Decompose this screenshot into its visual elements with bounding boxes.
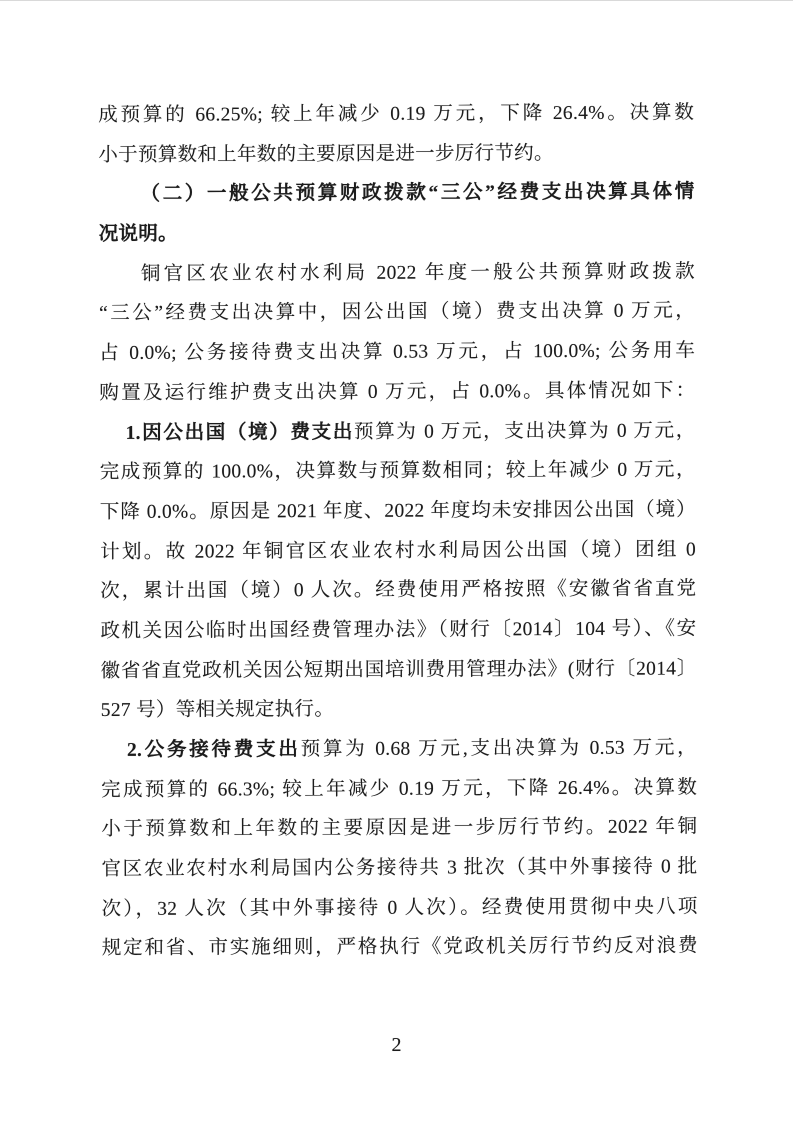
text-run: 徽省省直党政机关因公短期出国培训费用管理办法》(财行〔2014〕 — [101, 658, 697, 682]
text-line: 小于预算数和上年数的主要原因是进一步厉行节约。2022 年铜 — [101, 808, 697, 850]
text-run: 完成预算的 66.3%; 较上年减少 0.19 万元，下降 26.4%。决算数 — [101, 777, 697, 801]
text-line: 计划。故 2022 年铜官区农业农村水利局因公出国（境）团组 0 — [100, 530, 696, 572]
text-line: 政机关因公临时出国经费管理办法》（财行〔2014〕104 号）、《安 — [100, 609, 696, 651]
text-line: 铜官区农业农村水利局 2022 年度一般公共预算财政拨款 — [99, 252, 695, 294]
text-run: “三公”经费支出决算中，因公出国（境）费支出决算 0 万元， — [99, 301, 695, 325]
text-run: 预算为 0.68 万元,支出决算为 0.53 万元， — [301, 737, 697, 760]
text-run: 占 0.0%; 公务接待费支出决算 0.53 万元，占 100.0%; 公务用车 — [99, 341, 695, 365]
item-heading-line: 2.公务接待费支出预算为 0.68 万元,支出决算为 0.53 万元， — [101, 728, 697, 770]
text-run: 官区农业农村水利局国内公务接待共 3 批次（其中外事接待 0 批 — [101, 856, 697, 880]
item-heading: 1.因公出国（境）费支出 — [126, 421, 355, 443]
text-run: 规定和省、市实施细则，严格执行《党政机关厉行节约反对浪费 — [102, 936, 698, 960]
text-line: 次），32 人次（其中外事接待 0 人次）。经费使用贯彻中央八项 — [102, 887, 698, 929]
text-line: 完成预算的 66.3%; 较上年减少 0.19 万元，下降 26.4%。决算数 — [101, 768, 697, 810]
text-line: 次，累计出国（境）0 人次。经费使用严格按照《安徽省省直党 — [100, 570, 696, 612]
item-heading-line: 1.因公出国（境）费支出预算为 0 万元，支出决算为 0 万元， — [99, 411, 695, 453]
text-run: 527 号）等相关规定执行。 — [101, 699, 334, 721]
text-line: 购置及运行维护费支出决算 0 万元，占 0.0%。具体情况如下： — [99, 371, 695, 413]
section-heading-line: （二）一般公共预算财政拨款“三公”经费支出决算具体情 — [98, 173, 694, 215]
text-line: 完成预算的 100.0%，决算数与预算数相同；较上年减少 0 万元， — [100, 451, 696, 493]
text-line: 官区农业农村水利局国内公务接待共 3 批次（其中外事接待 0 批 — [101, 847, 697, 889]
text-line: 徽省省直党政机关因公短期出国培训费用管理办法》(财行〔2014〕 — [101, 649, 697, 691]
text-run: 预算为 0 万元，支出决算为 0 万元， — [354, 420, 696, 442]
text-run: 次，累计出国（境）0 人次。经费使用严格按照《安徽省省直党 — [100, 579, 696, 603]
text-line: 小于预算数和上年数的主要原因是进一步厉行节约。 — [98, 133, 694, 175]
text-line: 规定和省、市实施细则，严格执行《党政机关厉行节约反对浪费 — [102, 927, 698, 969]
text-run: 铜官区农业农村水利局 2022 年度一般公共预算财政拨款 — [141, 261, 695, 284]
text-run: 购置及运行维护费支出决算 0 万元，占 0.0%。具体情况如下： — [99, 380, 695, 404]
bold-run: （二）一般公共预算财政拨款“三公”经费支出决算具体情 — [140, 182, 694, 205]
text-line: “三公”经费支出决算中，因公出国（境）费支出决算 0 万元， — [99, 292, 695, 334]
text-run: 小于预算数和上年数的主要原因是进一步厉行节约。2022 年铜 — [101, 817, 697, 841]
text-run: 计划。故 2022 年铜官区农业农村水利局因公出国（境）团组 0 — [100, 539, 696, 563]
section-heading-line: 况说明。 — [99, 212, 695, 254]
text-run: 小于预算数和上年数的主要原因是进一步厉行节约。 — [98, 143, 553, 166]
document-body: 成预算的 66.25%; 较上年减少 0.19 万元，下降 26.4%。决算数 … — [98, 93, 698, 969]
text-run: 政机关因公临时出国经费管理办法》（财行〔2014〕104 号）、《安 — [100, 618, 696, 642]
text-run: 下降 0.0%。原因是 2021 年度、2022 年度均未安排因公出国（境） — [100, 499, 696, 523]
text-line: 527 号）等相关规定执行。 — [101, 689, 697, 731]
text-line: 下降 0.0%。原因是 2021 年度、2022 年度均未安排因公出国（境） — [100, 490, 696, 532]
text-run: 次），32 人次（其中外事接待 0 人次）。经费使用贯彻中央八项 — [102, 896, 698, 920]
text-line: 占 0.0%; 公务接待费支出决算 0.53 万元，占 100.0%; 公务用车 — [99, 332, 695, 374]
document-page: { "colors": { "background": "#ffffff", "… — [0, 0, 793, 1122]
scan-top-edge — [0, 0, 793, 1]
text-run: 成预算的 66.25%; 较上年减少 0.19 万元，下降 26.4%。决算数 — [98, 102, 694, 126]
text-run: 完成预算的 100.0%，决算数与预算数相同；较上年减少 0 万元， — [100, 460, 696, 484]
text-line: 成预算的 66.25%; 较上年减少 0.19 万元，下降 26.4%。决算数 — [98, 93, 694, 135]
item-heading: 2.公务接待费支出 — [127, 739, 301, 761]
bold-run: 况说明。 — [99, 224, 178, 245]
page-number: 2 — [0, 1031, 793, 1059]
